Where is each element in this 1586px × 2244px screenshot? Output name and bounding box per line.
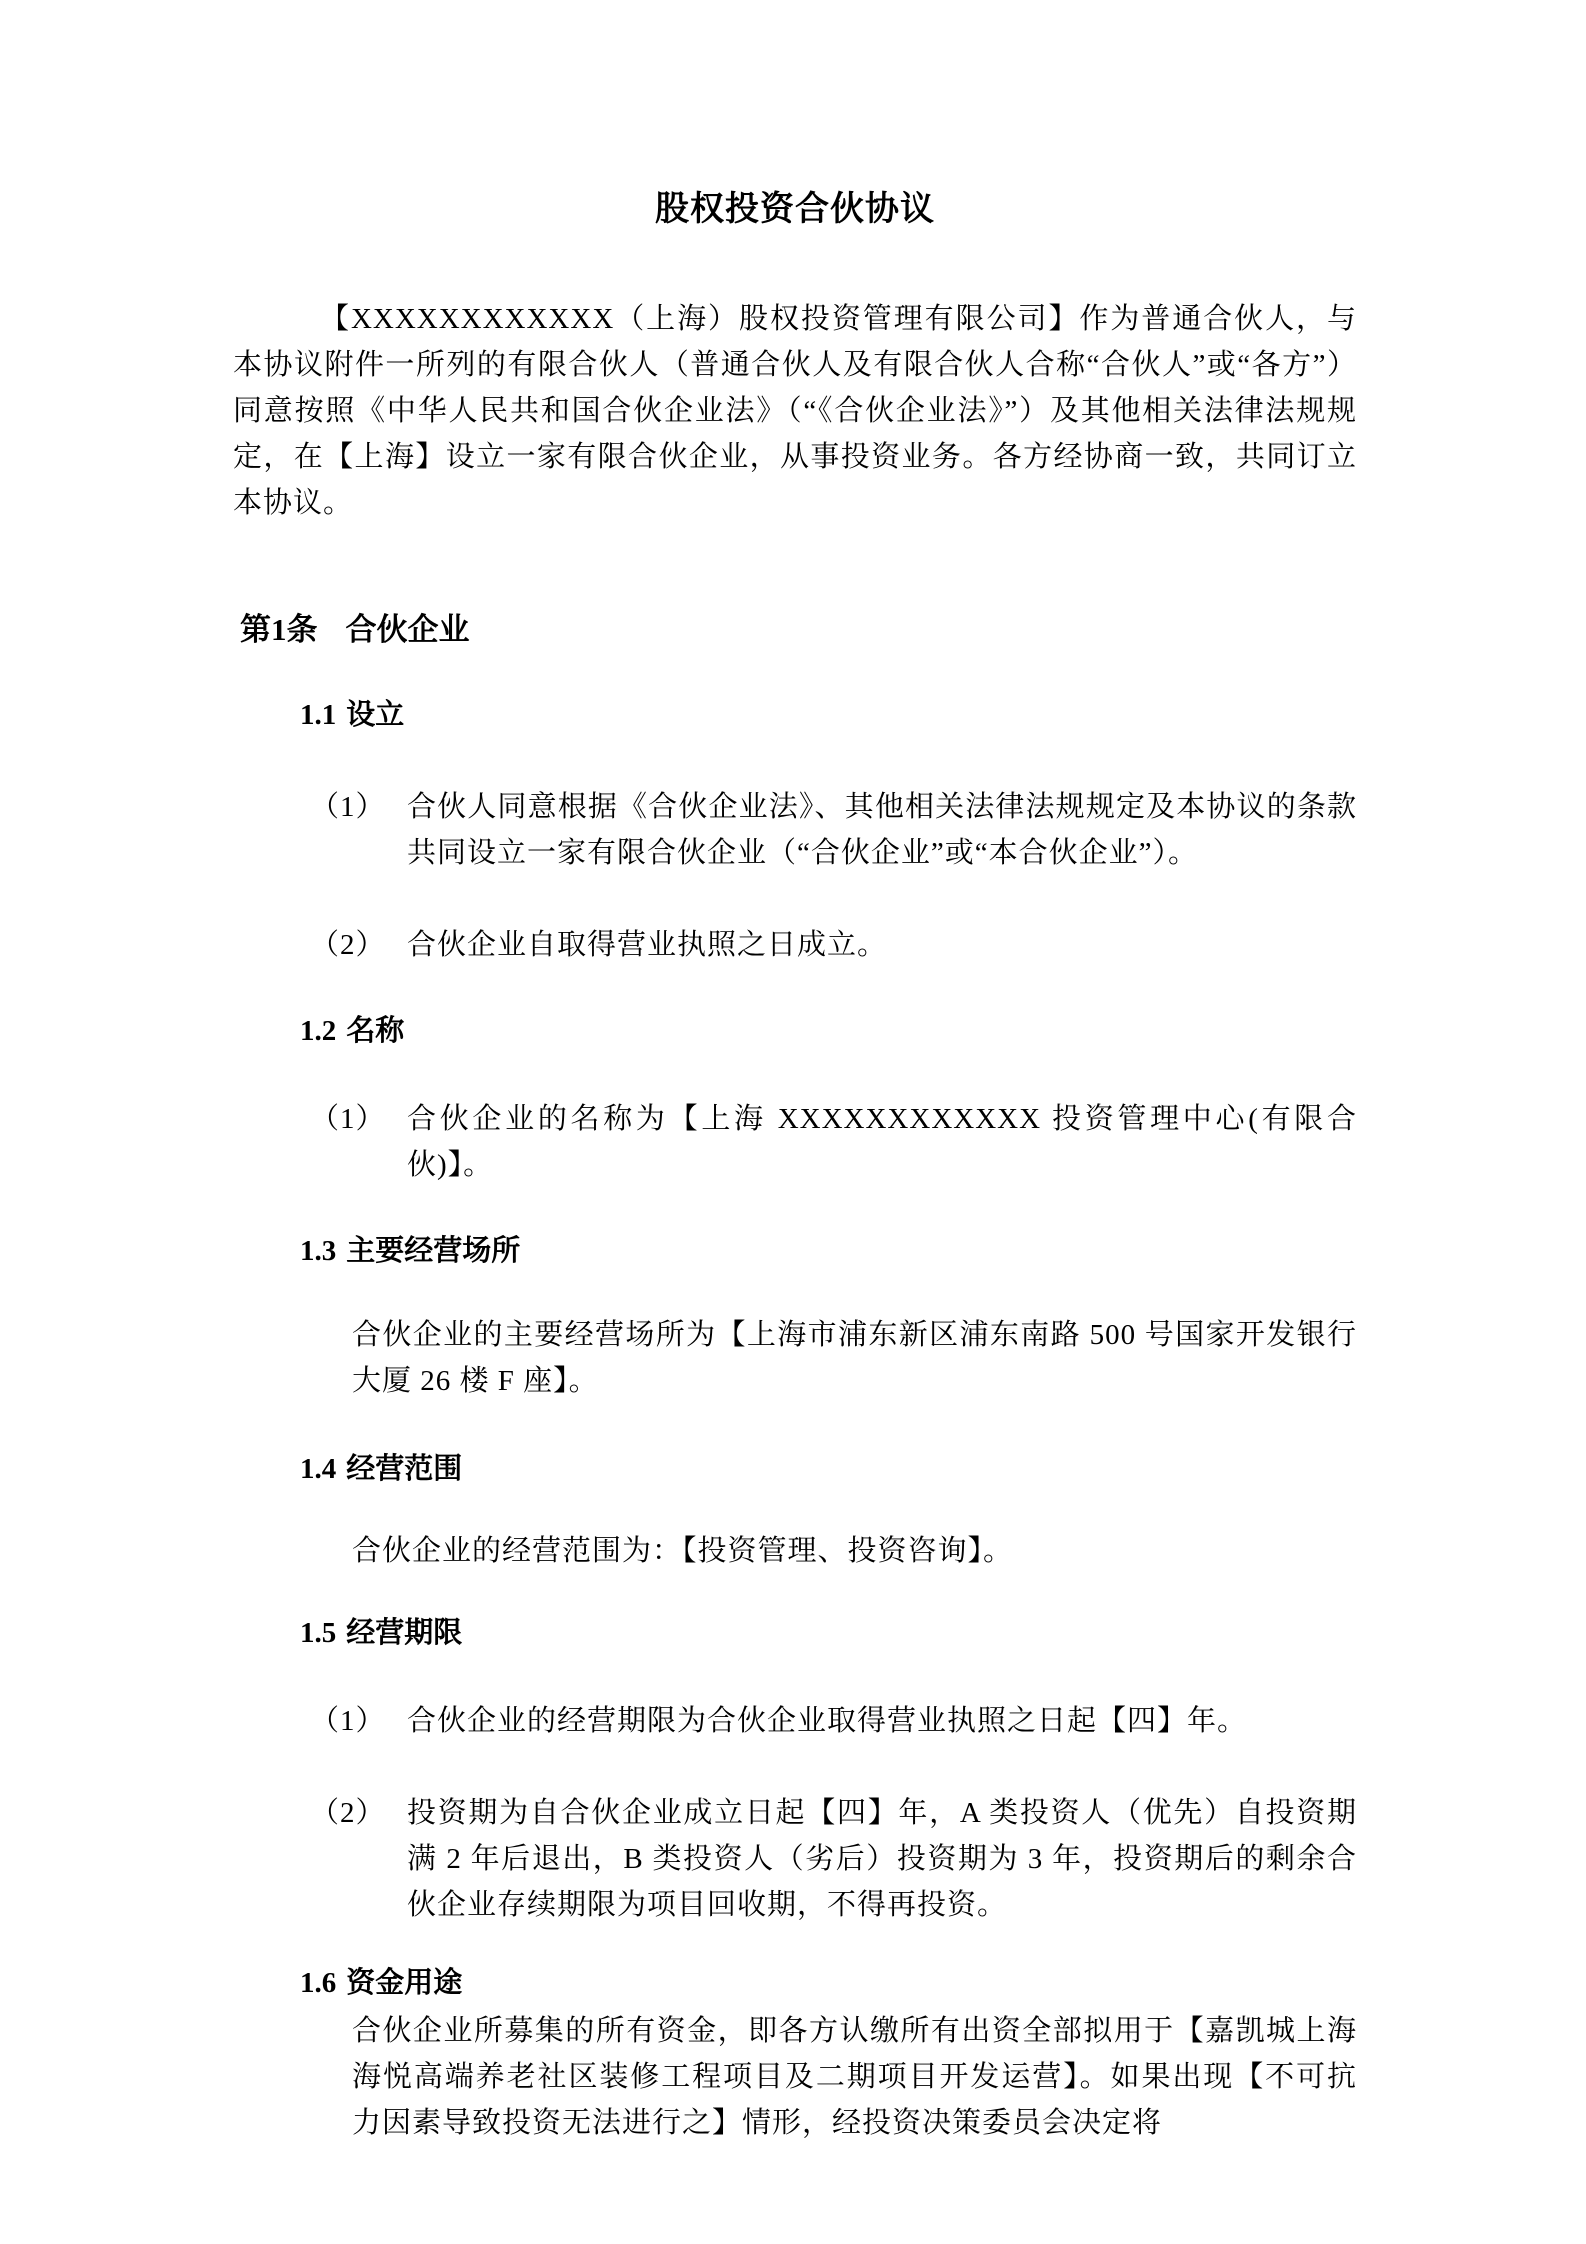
- list-item-number: （1）: [310, 784, 407, 876]
- list-item: （1） 合伙企业的经营期限为合伙企业取得营业执照之日起【四】年。: [310, 1698, 1357, 1744]
- section-1-6-title: 资金用途: [346, 1967, 462, 1999]
- section-1-4-paragraph: 合伙企业的经营范围为：【投资管理、投资咨询】。: [352, 1528, 1357, 1574]
- preamble-paragraph: 【XXXXXXXXXXXX（上海）股权投资管理有限公司】作为普通合伙人，与本协议…: [233, 296, 1357, 526]
- list-item-text: 投资期为自合伙企业成立日起【四】年，A 类投资人（优先）自投资期满 2 年后退出…: [407, 1790, 1357, 1928]
- section-1-4-heading: 1.4经营范围: [300, 1450, 1357, 1488]
- list-item-text: 合伙企业的名称为【上海 XXXXXXXXXXXX 投资管理中心(有限合伙)】。: [407, 1096, 1357, 1188]
- document-title: 股权投资合伙协议: [233, 0, 1357, 232]
- document-content: 股权投资合伙协议 【XXXXXXXXXXXX（上海）股权投资管理有限公司】作为普…: [0, 0, 1586, 2146]
- section-1-3-title: 主要经营场所: [346, 1235, 520, 1267]
- list-item-number: （1）: [310, 1096, 407, 1188]
- list-item-number: （2）: [310, 1790, 407, 1928]
- list-item: （1） 合伙企业的名称为【上海 XXXXXXXXXXXX 投资管理中心(有限合伙…: [310, 1096, 1357, 1188]
- section-1-5-number: 1.5: [300, 1617, 336, 1649]
- section-1-1-title: 设立: [346, 699, 404, 731]
- section-1-6-paragraph: 合伙企业所募集的所有资金，即各方认缴所有出资全部拟用于【嘉凯城上海海悦高端养老社…: [352, 2008, 1357, 2146]
- list-item-text: 合伙企业的经营期限为合伙企业取得营业执照之日起【四】年。: [407, 1698, 1357, 1744]
- list-item: （2） 合伙企业自取得营业执照之日成立。: [310, 922, 1357, 968]
- list-item: （1） 合伙人同意根据《合伙企业法》、其他相关法律法规规定及本协议的条款共同设立…: [310, 784, 1357, 876]
- section-1-5-heading: 1.5经营期限: [300, 1614, 1357, 1652]
- section-1-2-number: 1.2: [300, 1015, 336, 1047]
- section-1-3-paragraph: 合伙企业的主要经营场所为【上海市浦东新区浦东南路 500 号国家开发银行大厦 2…: [352, 1312, 1357, 1404]
- list-item-number: （1）: [310, 1698, 407, 1744]
- section-1-5-title: 经营期限: [346, 1617, 462, 1649]
- section-1-4-number: 1.4: [300, 1453, 336, 1485]
- section-1-1-heading: 1.1设立: [300, 696, 1357, 734]
- list-item-text: 合伙人同意根据《合伙企业法》、其他相关法律法规规定及本协议的条款共同设立一家有限…: [407, 784, 1357, 876]
- section-1-1-number: 1.1: [300, 699, 336, 731]
- list-item: （2） 投资期为自合伙企业成立日起【四】年，A 类投资人（优先）自投资期满 2 …: [310, 1790, 1357, 1928]
- article-1-heading: 第1条合伙企业: [240, 610, 1357, 650]
- section-1-6-heading: 1.6资金用途: [300, 1964, 1357, 2002]
- list-item-text: 合伙企业自取得营业执照之日成立。: [407, 922, 1357, 968]
- section-1-2-heading: 1.2名称: [300, 1012, 1357, 1050]
- section-1-2-title: 名称: [346, 1015, 404, 1047]
- article-1-title: 合伙企业: [346, 612, 470, 647]
- list-item-number: （2）: [310, 922, 407, 968]
- document-page: 股权投资合伙协议 【XXXXXXXXXXXX（上海）股权投资管理有限公司】作为普…: [0, 0, 1586, 2244]
- section-1-3-heading: 1.3主要经营场所: [300, 1232, 1357, 1270]
- article-1-number: 第1条: [240, 612, 318, 647]
- section-1-3-number: 1.3: [300, 1235, 336, 1267]
- section-1-6-number: 1.6: [300, 1967, 336, 1999]
- section-1-4-title: 经营范围: [346, 1453, 462, 1485]
